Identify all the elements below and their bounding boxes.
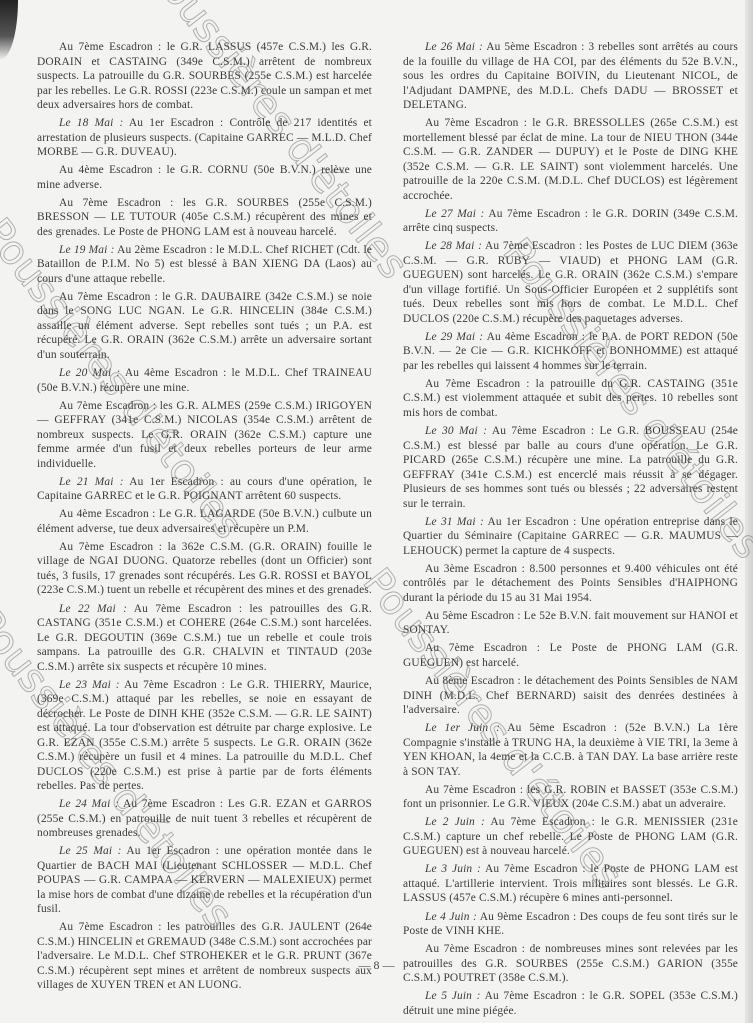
report-entry: Au 7ème Escadron : le G.R. DAUBAIRE (342…: [37, 290, 372, 363]
entry-date: Le 30 Mai :: [425, 425, 487, 437]
report-entry: Le 22 Mai : Au 7ème Escadron : les patro…: [37, 602, 372, 675]
report-entry: Le 19 Mai : Au 2ème Escadron : le M.D.L.…: [37, 243, 372, 287]
entry-date: Le 27 Mai :: [425, 208, 485, 220]
report-entry: Au 4ème Escadron : Le G.R. LAGARDE (50e …: [37, 507, 372, 536]
page-edge: [745, 0, 753, 1023]
entry-date: Le 22 Mai :: [59, 603, 127, 615]
report-entry: Le 1er Juin : Au 5ème Escadron : (52e B.…: [403, 721, 738, 779]
report-entry: Le 24 Mai : Au 7ème Escadron : Les G.R. …: [37, 797, 372, 841]
entry-date: Le 5 Juin :: [425, 990, 481, 1002]
entry-date: Le 24 Mai :: [59, 798, 119, 810]
entry-text: Au 7ème Escadron : les G.R. SOURBES (255…: [37, 197, 372, 238]
report-entry: Le 20 Mai : Au 4ème Escadron : le M.D.L.…: [37, 366, 372, 395]
report-entry: Le 25 Mai : Au 1er Escadron : une opérat…: [37, 844, 372, 917]
entry-text: Au 7ème Escadron : Le G.R. BOUSSEAU (254…: [403, 425, 738, 510]
entry-date: Le 2 Juin :: [425, 816, 485, 828]
report-entry: Au 7ème Escadron : la 362e C.S.M. (G.R. …: [37, 540, 372, 598]
report-entry: Au 7ème Escadron : les patrouilles des G…: [37, 920, 372, 993]
entry-text: Au 7ème Escadron : les G.R. ROBIN et BAS…: [403, 784, 738, 811]
entry-text: Au 7ème Escadron : la 362e C.S.M. (G.R. …: [37, 541, 372, 597]
report-entry: Le 30 Mai : Au 7ème Escadron : Le G.R. B…: [403, 424, 738, 511]
report-entry: Le 23 Mai : Au 7ème Escadron : Le G.R. T…: [37, 678, 372, 794]
report-entry: Le 5 Juin : Au 7ème Escadron : le G.R. S…: [403, 989, 738, 1018]
entry-date: Le 4 Juin :: [425, 911, 477, 923]
entry-text: Au 7ème Escadron : le G.R. DAUBAIRE (342…: [37, 291, 372, 361]
entry-text: Au 7ème Escadron : le G.R. LASSUS (457e …: [37, 41, 372, 111]
report-entry: Au 7ème Escadron : les G.R. SOURBES (255…: [37, 196, 372, 240]
entry-date: Le 31 Mai :: [425, 516, 484, 528]
report-entry: Le 26 Mai : Au 5ème Escadron : 3 rebelle…: [403, 40, 738, 113]
report-entry: Au 3ème Escadron : 8.500 personnes et 9.…: [403, 562, 738, 606]
report-entry: Au 8ème Escadron : le détachement des Po…: [403, 674, 738, 718]
report-entry: Le 18 Mai : Au 1er Escadron : Contrôle d…: [37, 116, 372, 160]
scan-corner-shadow: [0, 0, 18, 60]
entry-date: Le 25 Mai :: [59, 845, 122, 857]
entry-text: Au 4ème Escadron : Le G.R. LAGARDE (50e …: [37, 508, 372, 535]
entry-text: Au 7ème Escadron : les patrouilles des G…: [37, 921, 372, 991]
entry-date: Le 21 Mai :: [59, 476, 124, 488]
entry-date: Le 18 Mai :: [59, 117, 123, 129]
entry-text: Au 7ème Escadron : Le G.R. THIERRY, Maur…: [37, 679, 372, 793]
report-entry: Le 28 Mai : Au 7ème Escadron : les Poste…: [403, 239, 738, 326]
entry-date: Le 3 Juin :: [425, 863, 481, 875]
entry-text: Au 7ème Escadron : Le Poste de PHONG LAM…: [403, 642, 738, 669]
entry-text: Au 7ème Escadron : les G.R. ALMES (259e …: [37, 400, 372, 470]
page-number: — 8 —: [0, 958, 753, 973]
report-entry: Le 4 Juin : Au 9ème Escadron : Des coups…: [403, 910, 738, 939]
entry-date: Le 19 Mai :: [59, 244, 115, 256]
report-entry: Au 7ème Escadron : Le Poste de PHONG LAM…: [403, 641, 738, 670]
entry-date: Le 20 Mai :: [59, 367, 120, 379]
report-entry: Au 7ème Escadron : la patrouille du G.R.…: [403, 377, 738, 421]
report-entry: Au 7ème Escadron : le G.R. LASSUS (457e …: [37, 40, 372, 113]
entry-date: Le 28 Mai :: [425, 240, 482, 252]
entry-text: Au 3ème Escadron : 8.500 personnes et 9.…: [403, 563, 738, 604]
report-entry: Le 27 Mai : Au 7ème Escadron : le G.R. D…: [403, 207, 738, 236]
report-entry: Au 4ème Escadron : le G.R. CORNU (50e B.…: [37, 163, 372, 192]
report-entry: Au 7ème Escadron : le G.R. BRESSOLLES (2…: [403, 116, 738, 203]
report-entry: Le 21 Mai : Au 1er Escadron : au cours d…: [37, 475, 372, 504]
right-column: Le 26 Mai : Au 5ème Escadron : 3 rebelle…: [403, 40, 738, 1022]
report-entry: Le 29 Mai : Au 4ème Escadron : le P.A. d…: [403, 330, 738, 374]
entry-text: Au 7ème Escadron : les Postes de LUC DIE…: [403, 240, 738, 325]
report-entry: Au 7ème Escadron : les G.R. ALMES (259e …: [37, 399, 372, 472]
report-entry: Au 7ème Escadron : les G.R. ROBIN et BAS…: [403, 783, 738, 812]
entry-text: Au 7ème Escadron : le G.R. BRESSOLLES (2…: [403, 117, 738, 202]
entry-text: Au 5ème Escadron : Le 52e B.V.N. fait mo…: [403, 610, 738, 637]
left-column: Au 7ème Escadron : le G.R. LASSUS (457e …: [37, 40, 372, 997]
entry-date: Le 23 Mai :: [59, 679, 120, 691]
entry-date: Le 26 Mai :: [425, 41, 483, 53]
entry-text: Au 7ème Escadron : la patrouille du G.R.…: [403, 378, 738, 419]
report-entry: Le 3 Juin : Au 7ème Escadron : le Poste …: [403, 862, 738, 906]
entry-date: Le 29 Mai :: [425, 331, 483, 343]
entry-date: Le 1er Juin :: [425, 722, 500, 734]
report-entry: Au 5ème Escadron : Le 52e B.V.N. fait mo…: [403, 609, 738, 638]
report-entry: Le 2 Juin : Au 7ème Escadron : le G.R. M…: [403, 815, 738, 859]
report-entry: Le 31 Mai : Au 1er Escadron : Une opérat…: [403, 515, 738, 559]
entry-text: Au 4ème Escadron : le G.R. CORNU (50e B.…: [37, 164, 372, 191]
entry-text: Au 8ème Escadron : le détachement des Po…: [403, 675, 738, 716]
